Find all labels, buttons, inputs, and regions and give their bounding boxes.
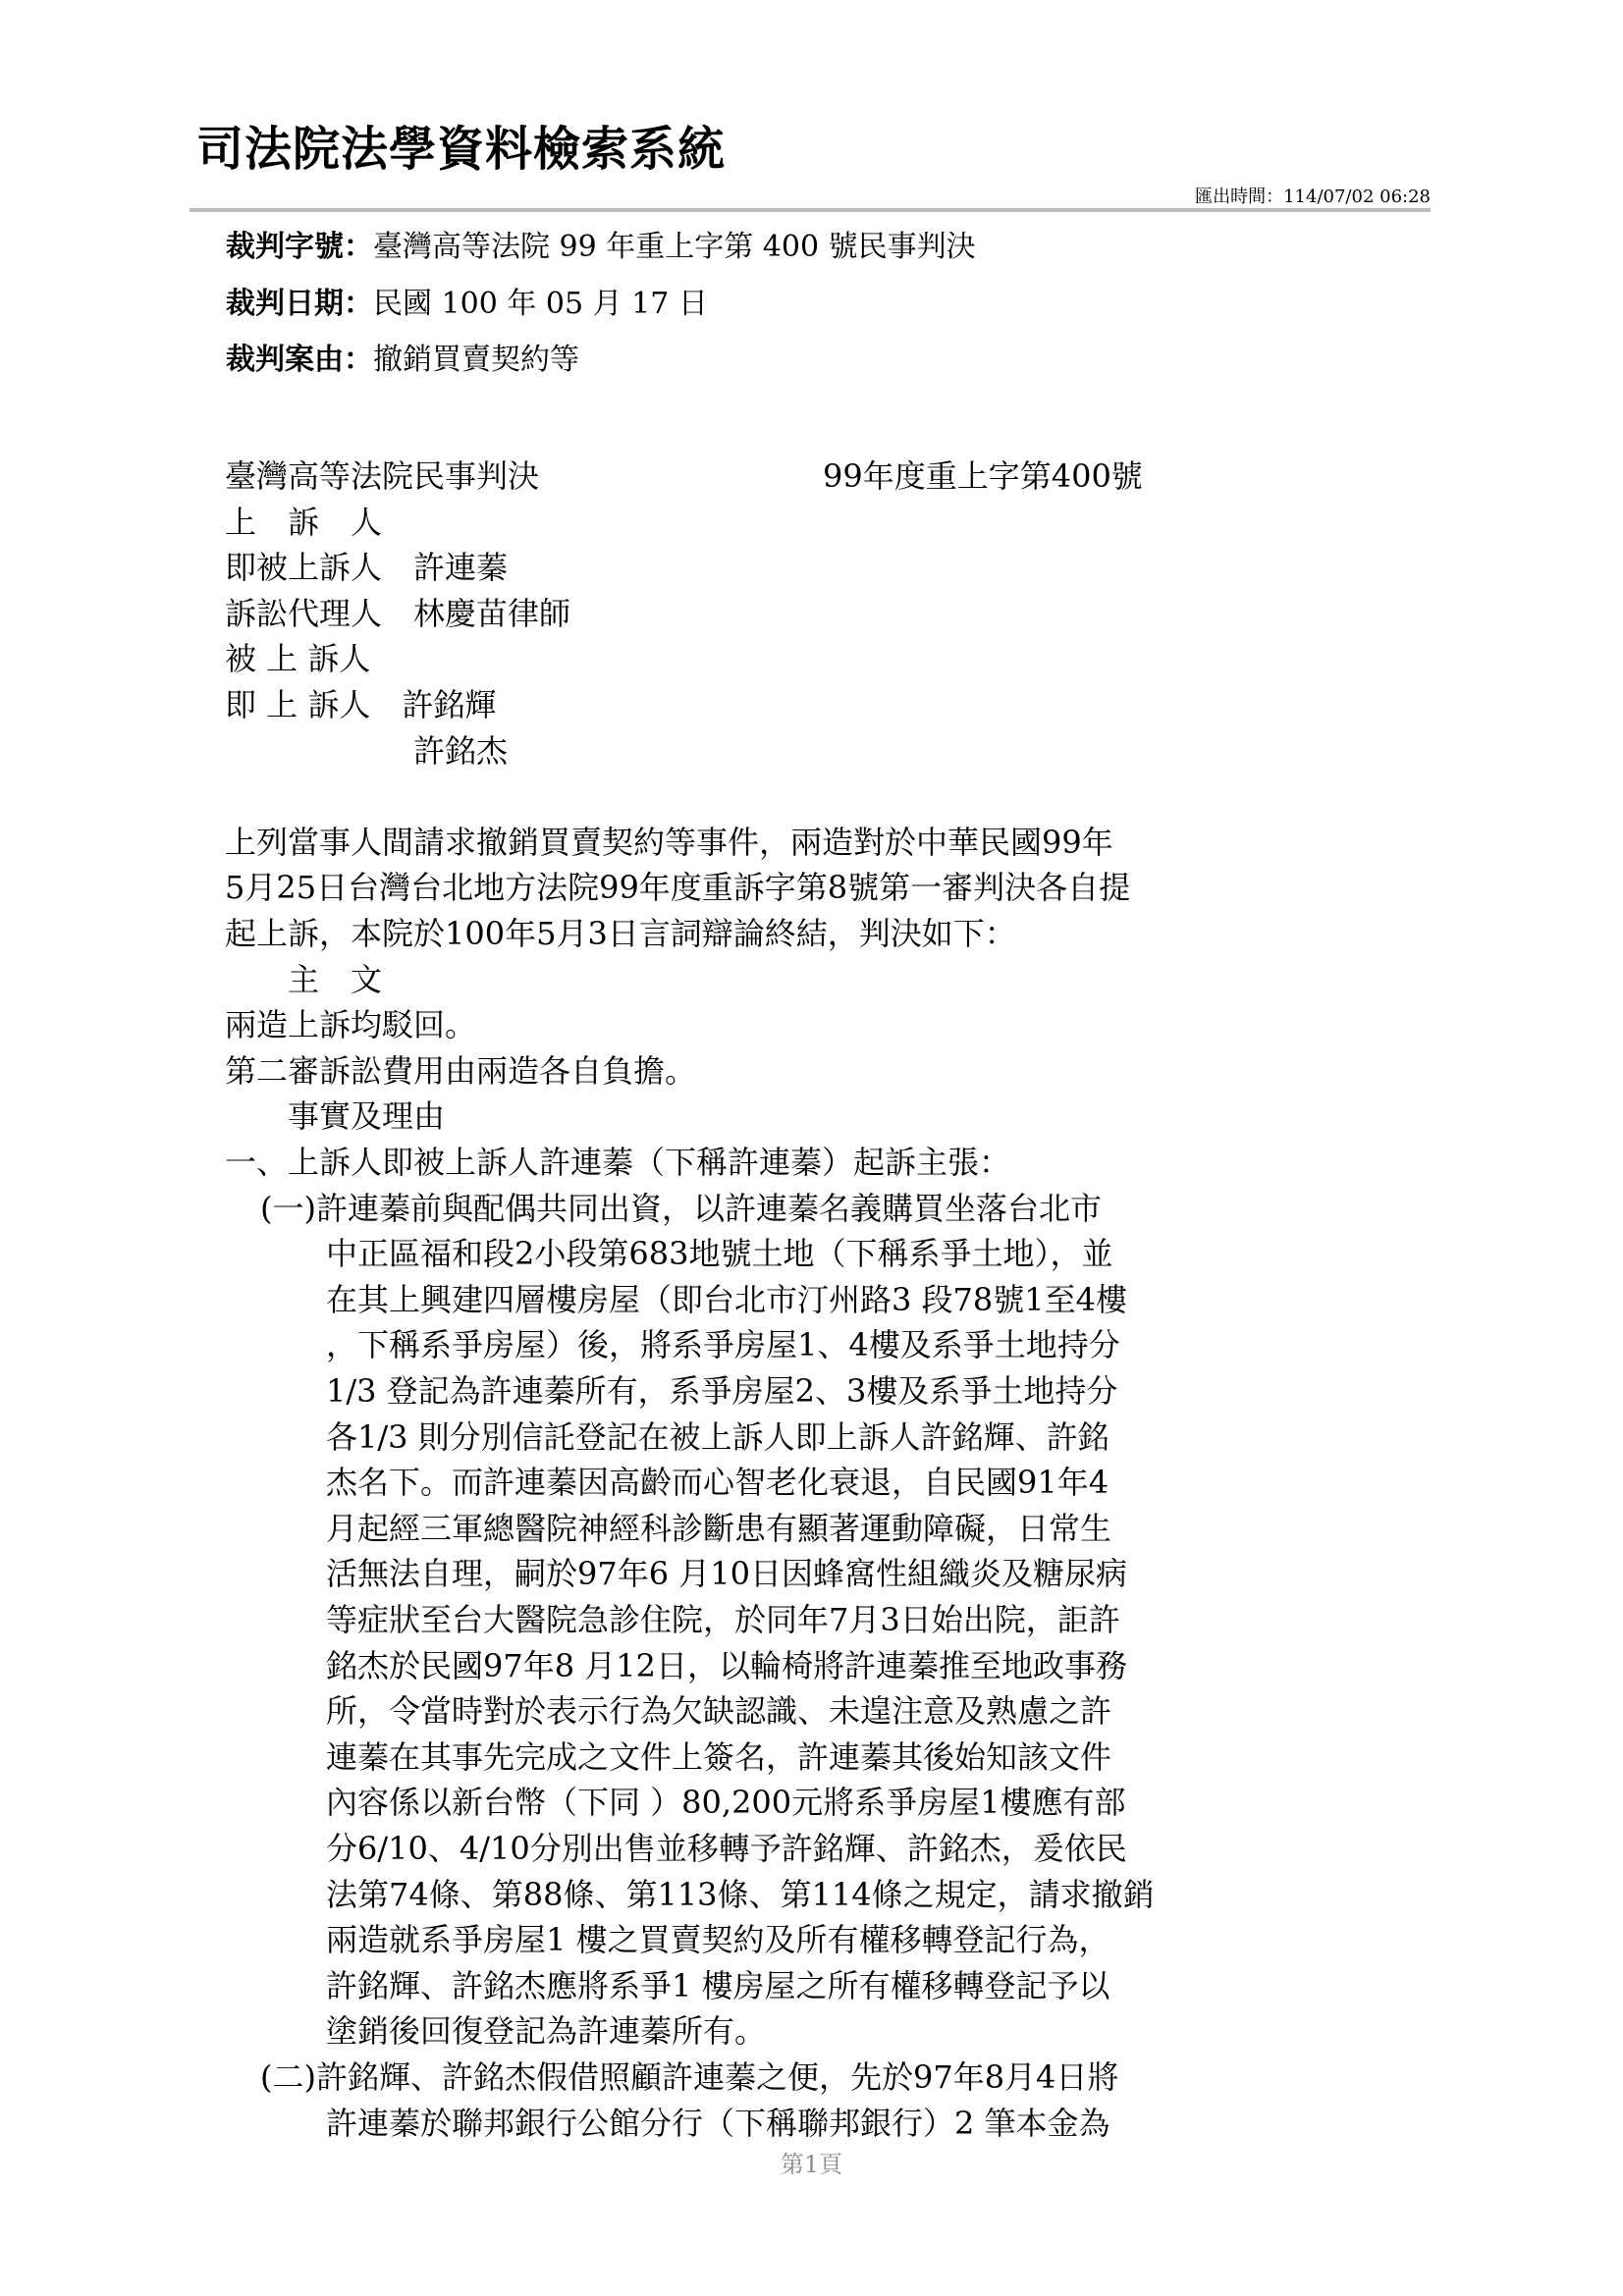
body-line: 塗銷後回復登記為許連蓁所有。: [326, 2008, 766, 2054]
meta-date: 裁判日期：民國 100 年 05 月 17 日: [226, 285, 708, 324]
body-line: 法第74條、第88條、第113條、第114條之規定，請求撤銷: [326, 1872, 1155, 1917]
body-line: 所，令當時對於表示行為欠缺認識、未遑注意及熟慮之許: [326, 1688, 1111, 1734]
site-title: 司法院法學資料檢索系統: [196, 122, 726, 177]
body-line: 第二審訴訟費用由兩造各自負擔。: [225, 1048, 696, 1094]
body-line: 許銘輝、許銘杰應將系爭1 樓房屋之所有權移轉登記予以: [326, 1963, 1110, 2008]
body-line: 內容係以新台幣（下同 ）80,200元將系爭房屋1樓應有部: [326, 1780, 1126, 1825]
case-reference: 99年度重上字第400號: [823, 454, 1139, 499]
body-line: 中正區福和段2小段第683地號土地（下稱系爭土地），並: [326, 1231, 1112, 1276]
body-line: 分6/10、4/10分別出售並移轉予許銘輝、許銘杰，爰依民: [326, 1826, 1127, 1871]
body-line: 即被上訴人 許連蓁: [225, 545, 508, 590]
body-line: 5月25日台灣台北地方法院99年度重訴字第8號第一審判決各自提: [225, 865, 1130, 910]
meta-date-value: 民國 100 年 05 月 17 日: [373, 287, 708, 321]
body-line: 1/3 登記為許連蓁所有，系爭房屋2、3樓及系爭土地持分: [326, 1368, 1117, 1414]
body-line: (一)許連蓁前與配偶共同出資，以許連蓁名義購買坐落台北市: [260, 1186, 1102, 1231]
body-line: 許連蓁於聯邦銀行公館分行（下稱聯邦銀行）2 筆本金為: [326, 2101, 1110, 2146]
body-line: 在其上興建四層樓房屋（即台北市汀州路3 段78號1至4樓: [326, 1277, 1127, 1322]
page-number: 第1頁: [0, 2150, 1623, 2179]
body-line: 主 文: [225, 957, 382, 1002]
court-heading: 臺灣高等法院民事判決: [225, 454, 539, 499]
body-line: 許銘杰: [225, 728, 508, 774]
body-line: 連蓁在其事先完成之文件上簽名，許連蓁其後始知該文件: [326, 1735, 1111, 1780]
body-line: 活無法自理，嗣於97年6 月10日因蜂窩性組織炎及糖尿病: [326, 1551, 1127, 1596]
body-line: 事實及理由: [225, 1094, 445, 1139]
meta-cause: 裁判案由：撤銷買賣契約等: [226, 341, 579, 380]
body-line: 兩造就系爭房屋1 樓之買賣契約及所有權移轉登記行為，: [326, 1917, 1110, 1962]
export-time: 匯出時間：114/07/02 06:28: [1195, 187, 1431, 208]
body-line: 被 上 訴人: [225, 636, 370, 681]
body-line: 即 上 訴人 許銘輝: [225, 682, 496, 727]
meta-case-number-label: 裁判字號：: [226, 230, 373, 264]
export-time-label: 匯出時間：: [1195, 187, 1283, 207]
body-line: 等症狀至台大醫院急診住院，於同年7月3日始出院，詎許: [326, 1597, 1120, 1642]
meta-cause-value: 撤銷買賣契約等: [373, 343, 579, 377]
meta-case-number-value: 臺灣高等法院 99 年重上字第 400 號民事判決: [373, 230, 976, 264]
header-divider: [189, 208, 1431, 212]
body-line: 起上訴，本院於100年5月3日言詞辯論終結，判決如下：: [225, 911, 1016, 956]
body-line: 月起經三軍總醫院神經科診斷患有顯著運動障礙，日常生: [326, 1506, 1111, 1551]
body-line: 上列當事人間請求撤銷買賣契約等事件，兩造對於中華民國99年: [225, 820, 1113, 865]
export-time-value: 114/07/02 06:28: [1283, 187, 1431, 207]
body-line: 訴訟代理人 林慶苗律師: [225, 591, 570, 636]
body-line: 上 訴 人: [225, 500, 382, 545]
body-line: 兩造上訴均駁回。: [225, 1002, 476, 1047]
body-line: 杰名下。而許連蓁因高齡而心智老化衰退，自民國91年4: [326, 1460, 1109, 1505]
body-line: 一、上訴人即被上訴人許連蓁（下稱許連蓁）起訴主張：: [225, 1140, 1010, 1185]
body-line: 銘杰於民國97年8 月12日，以輪椅將許連蓁推至地政事務: [326, 1643, 1127, 1688]
meta-date-label: 裁判日期：: [226, 287, 373, 321]
body-line: ，下稱系爭房屋）後，將系爭房屋1、4樓及系爭土地持分: [326, 1322, 1120, 1367]
meta-case-number: 裁判字號：臺灣高等法院 99 年重上字第 400 號民事判決: [226, 228, 976, 267]
body-line: 各1/3 則分別信託登記在被上訴人即上訴人許銘輝、許銘: [326, 1415, 1109, 1460]
body-line: (二)許銘輝、許銘杰假借照顧許連蓁之便，先於97年8月4日將: [260, 2055, 1118, 2100]
meta-cause-label: 裁判案由：: [226, 343, 373, 377]
